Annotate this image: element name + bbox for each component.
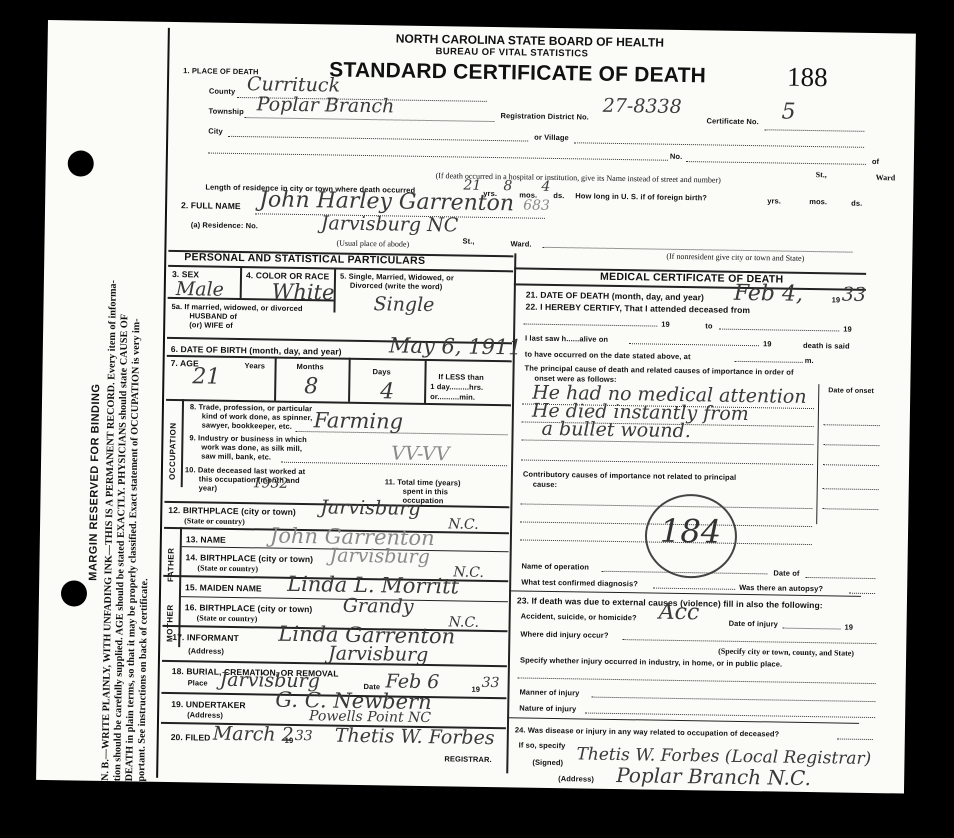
onset-rule-4 xyxy=(823,488,879,490)
age-years-value: 21 xyxy=(192,364,220,389)
full-name-label: 2. FULL NAME xyxy=(181,200,241,211)
birthplace-state-label: (State or country) xyxy=(184,516,245,526)
occupation-related-label: 24. Was disease or injury in any way rel… xyxy=(515,725,780,738)
occupation-side-label: OCCUPATION xyxy=(167,422,180,480)
father-side-label: FATHER xyxy=(165,548,178,583)
undertaker-address: Powells Point NC xyxy=(309,708,431,726)
where-injury-line xyxy=(622,639,876,644)
township-line xyxy=(244,117,494,122)
operation-date-line xyxy=(805,577,875,579)
full-name-value: John Harley Garrenton xyxy=(259,187,514,216)
nonresident-note: (If nonresident give city or town and St… xyxy=(666,252,804,263)
binding-hole-bottom xyxy=(61,580,87,606)
specify-whether-line xyxy=(518,677,876,684)
mother-name-label: 15. MAIDEN NAME xyxy=(185,582,262,593)
birthplace-state-value: N.C. xyxy=(448,516,479,532)
certificate-no-label: Certificate No. xyxy=(706,116,758,126)
burial-year-prefix: 19 xyxy=(471,685,480,694)
injury-19: 19 xyxy=(844,623,853,632)
last-saw-19: 19 xyxy=(763,339,772,348)
binding-hole-top xyxy=(68,150,94,176)
injury-date-line xyxy=(783,628,841,630)
operation-label: Name of operation xyxy=(521,562,589,572)
sex-divider xyxy=(240,266,242,298)
if-so-label: If so, specify xyxy=(519,740,566,750)
specify-city-note: (Specify city or town, county, and State… xyxy=(718,647,854,658)
onset-rule-2 xyxy=(823,444,879,446)
last-worked-value: 1932 xyxy=(253,475,289,492)
contributory-label-2: cause: xyxy=(533,480,558,489)
age-divider-3 xyxy=(424,359,426,403)
race-divider xyxy=(333,268,335,313)
age-divider-2 xyxy=(348,358,350,402)
father-name-label: 13. NAME xyxy=(186,534,226,545)
street-no-label: No. xyxy=(670,152,683,161)
page-number: 188 xyxy=(787,62,828,94)
onset-rule-1 xyxy=(824,424,880,426)
registration-district-label: Registration District No. xyxy=(500,111,588,121)
age-days-value: 4 xyxy=(380,379,394,404)
last-worked-label-3: year) xyxy=(199,483,218,492)
foreign-birth-label: How long in U. S. if of foreign birth? xyxy=(575,191,707,202)
filed-label: 20. FILED xyxy=(171,732,211,743)
occupation-divider xyxy=(181,399,184,487)
certificate-no-line xyxy=(764,129,864,132)
date-of-death-year: 33 xyxy=(842,284,867,306)
manner-line xyxy=(591,697,875,702)
usual-abode-note: (Usual place of abode) xyxy=(336,239,409,249)
age-days-label: Days xyxy=(372,367,390,376)
residence-days: 4 xyxy=(541,179,550,195)
marital-label-2: Divorced (write the word) xyxy=(350,281,443,291)
filed-year-prefix: 19 xyxy=(285,736,294,745)
age-years-label: Years xyxy=(245,361,266,370)
foreign-yrs-label: yrs. xyxy=(767,196,781,205)
father-birthplace-value: Jarvisburg xyxy=(329,544,430,568)
residence-st-label: St., xyxy=(463,237,475,246)
foreign-ds-label: ds. xyxy=(851,199,862,208)
city-label: City xyxy=(208,127,223,136)
classification-code: 184 xyxy=(660,512,722,551)
parents-side-divider xyxy=(178,527,181,647)
specify-whether-label: Specify whether injury occurred in indus… xyxy=(520,655,782,668)
date-of-death-label: 21. DATE OF DEATH (month, day, and year) xyxy=(526,290,704,303)
city-line xyxy=(228,136,528,142)
trade-label-3: sawyer, bookkeeper, etc. xyxy=(202,420,293,430)
autopsy-line xyxy=(849,593,875,594)
filed-registrar-signature: Thetis W. Forbes xyxy=(335,725,495,750)
village-line xyxy=(574,142,864,148)
death-certificate-page: MARGIN RESERVED FOR BINDING N. B.—WRITE … xyxy=(36,20,916,794)
burial-year: 33 xyxy=(482,675,500,691)
dob-value: May 6, 1911 xyxy=(389,333,522,359)
occurred-label: to have occurred on the date stated abov… xyxy=(525,350,691,362)
of-label: of xyxy=(872,157,879,166)
age-divider-1 xyxy=(274,357,276,401)
certify-from-line xyxy=(523,324,657,327)
street-line xyxy=(208,153,668,161)
test-line xyxy=(653,588,735,590)
st-label: St., xyxy=(816,170,827,179)
filed-date: March 2 xyxy=(213,723,294,746)
residence-ds-label: ds. xyxy=(553,191,564,200)
onset-rule-3 xyxy=(823,464,879,466)
certify-to-line xyxy=(719,329,839,332)
medical-address-label: (Address) xyxy=(558,774,594,784)
occurred-line xyxy=(735,361,803,363)
certify-label: 22. I HEREBY CERTIFY, That I attended de… xyxy=(525,302,750,316)
nature-bottom-rule xyxy=(507,717,859,724)
filed-year: 33 xyxy=(295,728,313,744)
marital-value: Single xyxy=(373,293,434,316)
medical-address-value: Poplar Branch N.C. xyxy=(616,763,811,790)
birthplace-value: Jarvisburg xyxy=(320,496,421,520)
industry-label-3: saw mill, bank, etc. xyxy=(201,451,271,461)
cause-rule-4 xyxy=(521,459,813,465)
trade-value: Farming xyxy=(314,408,404,433)
margin-rule xyxy=(156,28,170,778)
onset-column-divider xyxy=(816,384,819,524)
informant-label: 17. INFORMANT xyxy=(172,632,239,643)
ward-label: Ward xyxy=(876,173,896,182)
m-label: m. xyxy=(805,356,814,365)
father-state-label: (State or country) xyxy=(197,563,258,573)
township-value: Poplar Branch xyxy=(257,93,395,117)
autopsy-label: Was there an autopsy? xyxy=(739,583,823,593)
father-birthplace-label: 14. BIRTHPLACE (city or town) xyxy=(186,552,314,564)
onset-rule-5 xyxy=(822,508,878,510)
date-of-death-year-prefix: 19 xyxy=(832,295,841,304)
bureau-title: BUREAU OF VITAL STATISTICS xyxy=(435,46,588,59)
registrar-label: REGISTRAR. xyxy=(444,754,491,764)
foreign-mos-label: mos. xyxy=(809,197,827,206)
age-months-label: Months xyxy=(297,362,324,371)
cause-line-3: a bullet wound. xyxy=(541,418,691,442)
occupation-related-line xyxy=(837,738,873,740)
last-saw-label: I last saw h......alive on xyxy=(525,334,608,344)
column-divider xyxy=(506,253,516,773)
where-injury-label: Where did injury occur? xyxy=(520,629,608,639)
mother-birthplace-label: 16. BIRTHPLACE (city or town) xyxy=(185,602,313,614)
spouse-label-3: (or) WIFE of xyxy=(189,320,233,330)
residence-value: Jarvisburg NC xyxy=(321,212,459,236)
mother-birthplace-value: Grandy xyxy=(343,595,414,618)
registration-district-value: 27-8338 xyxy=(603,95,682,118)
nature-line xyxy=(585,713,875,719)
street-no-line xyxy=(686,161,866,165)
nature-label: Nature of injury xyxy=(519,703,576,713)
burial-place-label: Place xyxy=(188,678,208,687)
personal-header: PERSONAL AND STATISTICAL PARTICULARS xyxy=(184,251,425,267)
full-name-annotation: 683 xyxy=(523,197,550,213)
certificate-no-value: 5 xyxy=(781,100,795,125)
onset-label: Date of onset xyxy=(828,387,874,395)
village-label: or Village xyxy=(534,133,569,143)
injury-date-label: Date of injury xyxy=(729,619,778,629)
informant-address-label: (Address) xyxy=(188,646,224,656)
birthplace-label: 12. BIRTHPLACE (city or town) xyxy=(168,505,296,517)
certify-from-19: 19 xyxy=(661,320,670,329)
date-of-death-value: Feb 4, xyxy=(734,281,804,307)
operation-date-label: Date of xyxy=(773,568,799,577)
manner-label: Manner of injury xyxy=(519,687,579,697)
residence-ward-label: Ward. xyxy=(510,239,531,248)
less-than-label-2: 1 day.........hrs. xyxy=(430,382,483,392)
certify-to-label: to xyxy=(705,321,712,330)
last-saw-line xyxy=(629,343,759,346)
county-label: County xyxy=(209,87,236,96)
margin-reserved-label: MARGIN RESERVED FOR BINDING xyxy=(87,383,102,580)
test-label: What test confirmed diagnosis? xyxy=(521,578,638,589)
margin-instruction-line-4: portant. See instructions on back of cer… xyxy=(136,578,151,781)
accident-value: Acc xyxy=(659,600,700,626)
signed-label: (Signed) xyxy=(532,758,563,767)
accident-label: Accident, suicide, or homicide? xyxy=(521,611,637,622)
less-than-label-3: or..........min. xyxy=(430,392,475,402)
undertaker-address-label: (Address) xyxy=(187,710,223,720)
township-label: Township xyxy=(209,107,244,117)
less-than-label-1: If LESS than xyxy=(438,372,484,382)
certificate-title: STANDARD CERTIFICATE OF DEATH xyxy=(329,58,706,88)
age-months-value: 8 xyxy=(304,374,318,399)
certify-to-19: 19 xyxy=(843,325,852,334)
residence-label: (a) Residence: No. xyxy=(191,220,258,230)
undertaker-label: 19. UNDERTAKER xyxy=(171,699,246,710)
mother-state-label: (State or country) xyxy=(197,613,258,623)
industry-value: VV-VV xyxy=(391,442,450,465)
death-said-label: death is said xyxy=(803,341,850,351)
